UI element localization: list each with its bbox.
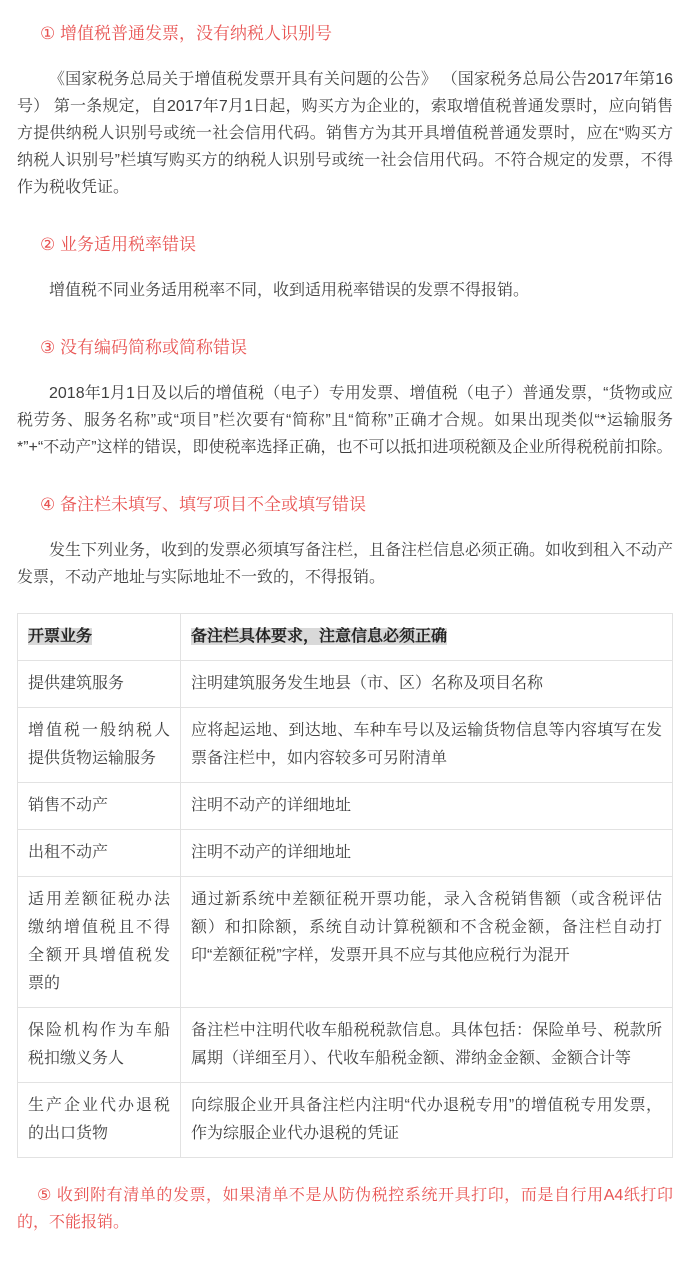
business-cell: 保险机构作为车船税扣缴义务人 bbox=[18, 1008, 181, 1083]
requirement-cell: 注明不动产的详细地址 bbox=[181, 830, 673, 877]
table-header-row: 开票业务 备注栏具体要求，注意信息必须正确 bbox=[18, 614, 673, 661]
table-col-header-requirements: 备注栏具体要求，注意信息必须正确 bbox=[181, 614, 673, 661]
table-row: 适用差额征税办法缴纳增值税且不得全额开具增值税发票的 通过新系统中差额征税开票功… bbox=[18, 877, 673, 1008]
section-heading-1: ① 增值税普通发票，没有纳税人识别号 bbox=[17, 22, 673, 46]
business-cell: 销售不动产 bbox=[18, 783, 181, 830]
remarks-requirements-table: 开票业务 备注栏具体要求，注意信息必须正确 提供建筑服务 注明建筑服务发生地县（… bbox=[17, 613, 673, 1158]
section-paragraph-4: 发生下列业务，收到的发票必须填写备注栏，且备注栏信息必须正确。如收到租入不动产发… bbox=[17, 537, 673, 591]
table-col-header-business: 开票业务 bbox=[18, 614, 181, 661]
section-heading-3: ③ 没有编码简称或简称错误 bbox=[17, 336, 673, 360]
business-cell: 提供建筑服务 bbox=[18, 661, 181, 708]
requirement-cell: 注明不动产的详细地址 bbox=[181, 783, 673, 830]
article-page: ① 增值税普通发票，没有纳税人识别号 《国家税务总局关于增值税发票开具有关问题的… bbox=[0, 0, 690, 1280]
table-row: 销售不动产 注明不动产的详细地址 bbox=[18, 783, 673, 830]
requirement-cell: 通过新系统中差额征税开票功能，录入含税销售额（或含税评估额）和扣除额，系统自动计… bbox=[181, 877, 673, 1008]
table-row: 保险机构作为车船税扣缴义务人 备注栏中注明代收车船税税款信息。具体包括：保险单号… bbox=[18, 1008, 673, 1083]
business-cell: 出租不动产 bbox=[18, 830, 181, 877]
section-paragraph-2: 增值税不同业务适用税率不同，收到适用税率错误的发票不得报销。 bbox=[17, 277, 673, 304]
footer-note: ⑤ 收到附有清单的发票，如果清单不是从防伪税控系统开具打印，而是自行用A4纸打印… bbox=[17, 1182, 673, 1236]
section-heading-4: ④ 备注栏未填写、填写项目不全或填写错误 bbox=[17, 493, 673, 517]
table-row: 增值税一般纳税人提供货物运输服务 应将起运地、到达地、车种车号以及运输货物信息等… bbox=[18, 708, 673, 783]
table-col-header-requirements-label: 备注栏具体要求，注意信息必须正确 bbox=[191, 628, 447, 645]
business-cell: 增值税一般纳税人提供货物运输服务 bbox=[18, 708, 181, 783]
table-row: 出租不动产 注明不动产的详细地址 bbox=[18, 830, 673, 877]
requirement-cell: 备注栏中注明代收车船税税款信息。具体包括：保险单号、税款所属期（详细至月）、代收… bbox=[181, 1008, 673, 1083]
table-row: 提供建筑服务 注明建筑服务发生地县（市、区）名称及项目名称 bbox=[18, 661, 673, 708]
section-paragraph-3: 2018年1月1日及以后的增值税（电子）专用发票、增值税（电子）普通发票，“货物… bbox=[17, 380, 673, 461]
business-cell: 适用差额征税办法缴纳增值税且不得全额开具增值税发票的 bbox=[18, 877, 181, 1008]
business-cell: 生产企业代办退税的出口货物 bbox=[18, 1083, 181, 1158]
requirement-cell: 向综服企业开具备注栏内注明“代办退税专用”的增值税专用发票，作为综服企业代办退税… bbox=[181, 1083, 673, 1158]
table-row: 生产企业代办退税的出口货物 向综服企业开具备注栏内注明“代办退税专用”的增值税专… bbox=[18, 1083, 673, 1158]
requirement-cell: 注明建筑服务发生地县（市、区）名称及项目名称 bbox=[181, 661, 673, 708]
section-heading-2: ② 业务适用税率错误 bbox=[17, 233, 673, 257]
table-col-header-business-label: 开票业务 bbox=[28, 628, 92, 645]
requirement-cell: 应将起运地、到达地、车种车号以及运输货物信息等内容填写在发票备注栏中，如内容较多… bbox=[181, 708, 673, 783]
section-paragraph-1: 《国家税务总局关于增值税发票开具有关问题的公告》 （国家税务总局公告2017年第… bbox=[17, 66, 673, 201]
